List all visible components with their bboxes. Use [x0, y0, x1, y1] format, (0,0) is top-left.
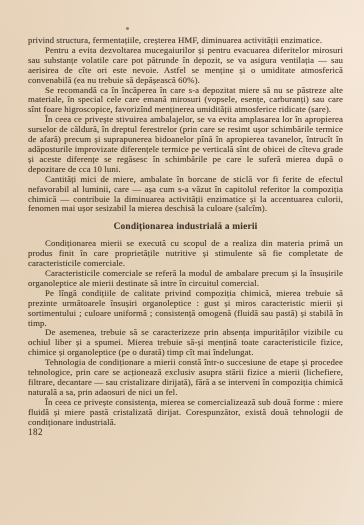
- page-number: 182: [28, 428, 343, 438]
- paragraph: Caracteristicile comerciale se referă la…: [28, 269, 343, 289]
- text-column: privind structura, fermentațiile, crește…: [28, 36, 343, 437]
- paragraph: Condiționarea mierii se execută cu scopu…: [28, 239, 343, 269]
- paragraph: Tehnologia de condiționare a mierii cons…: [28, 358, 343, 398]
- paragraph: În ceea ce privește consistența, mierea …: [28, 398, 343, 428]
- paragraph: Se recomandă ca în încăperea în care s-a…: [28, 86, 343, 116]
- paragraph: În ceea ce privește stivuirea ambalajelo…: [28, 115, 343, 174]
- paragraph: De asemenea, trebuie să se caracterizeze…: [28, 328, 343, 358]
- section-heading: Condiționarea industrială a mierii: [28, 222, 343, 232]
- book-page: privind structura, fermentațiile, crește…: [0, 0, 364, 525]
- paragraph: Cantități mici de miere, ambalate în bor…: [28, 175, 343, 215]
- paragraph: Pentru a evita dezvoltarea mucegaiurilor…: [28, 46, 343, 86]
- paper-speck: [126, 27, 129, 30]
- paragraph: Pe lîngă condițiile de calitate privind …: [28, 289, 343, 329]
